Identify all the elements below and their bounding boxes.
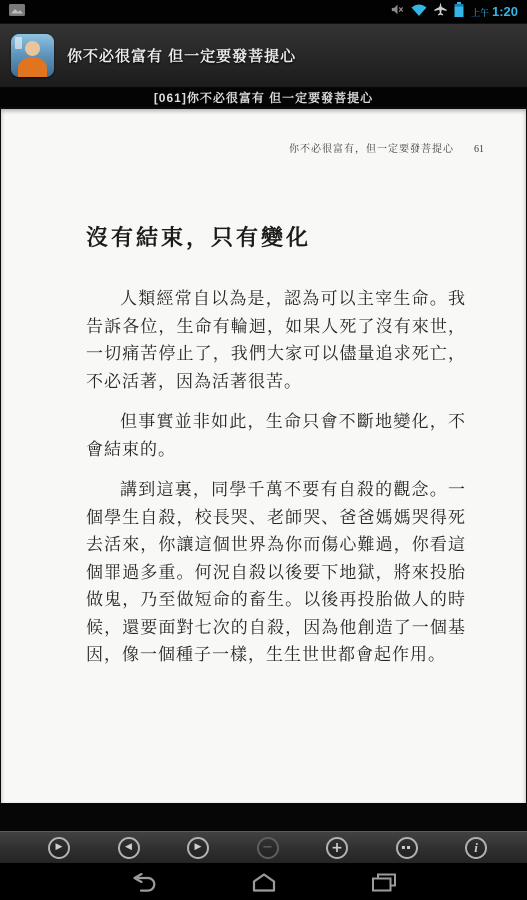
- back-icon: [129, 873, 159, 892]
- next-page-button[interactable]: ▶: [187, 837, 209, 859]
- picture-notification-icon: [9, 3, 25, 21]
- body-text: 人類經常自以為是，認為可以主宰生命。我告訴各位，生命有輪迴，如果人死了沒有來世，…: [86, 285, 466, 669]
- chapter-title: 沒有結束，只有變化: [86, 221, 526, 252]
- app-title: 你不必很富有 但一定要發菩提心: [67, 45, 296, 66]
- reader-toolbar: ▶ ◀ ▶ − + ▪▪ i: [0, 831, 527, 864]
- running-header-title: 你不必很富有，但一定要發菩提心: [289, 144, 454, 155]
- zoom-out-button[interactable]: −: [257, 837, 279, 859]
- monk-robe-decoration: [18, 57, 47, 77]
- info-button[interactable]: i: [465, 837, 487, 859]
- home-button[interactable]: [247, 872, 281, 892]
- clock-time: 1:20: [492, 4, 518, 19]
- paragraph-1: 人類經常自以為是，認為可以主宰生命。我告訴各位，生命有輪迴，如果人死了沒有來世，…: [86, 285, 466, 395]
- status-indicators: 上午1:20: [391, 2, 518, 22]
- app-icon-text-decoration: [15, 37, 22, 49]
- recents-button[interactable]: [367, 872, 401, 892]
- book-page[interactable]: 你不必很富有，但一定要發菩提心61 沒有結束，只有變化 人類經常自以為是，認為可…: [1, 109, 526, 803]
- two-dots-button[interactable]: ▪▪: [396, 837, 418, 859]
- paragraph-2: 但事實並非如此，生命只會不斷地變化，不會結束的。: [86, 408, 466, 463]
- app-icon[interactable]: [11, 34, 54, 77]
- paragraph-3: 講到這裏，同學千萬不要有自殺的觀念。一個學生自殺，校長哭、老師哭、爸爸媽媽哭得死…: [86, 476, 466, 669]
- chapter-subtitle: [061]你不必很富有 但一定要發菩提心: [154, 89, 373, 106]
- android-nav-bar: [0, 864, 527, 900]
- back-button[interactable]: [127, 872, 161, 892]
- clock-period: 上午: [471, 8, 489, 18]
- page-area: 你不必很富有，但一定要發菩提心61 沒有結束，只有變化 人類經常自以為是，認為可…: [0, 107, 527, 803]
- battery-icon: [454, 2, 464, 22]
- recents-icon: [369, 873, 399, 892]
- running-header: 你不必很富有，但一定要發菩提心61: [1, 140, 484, 155]
- monk-head-decoration: [25, 41, 40, 56]
- status-notifications: [9, 3, 25, 21]
- wifi-icon: [411, 3, 427, 21]
- volume-muted-icon: [391, 3, 404, 21]
- airplane-mode-icon: [434, 2, 447, 21]
- tablet-screen: 上午1:20 你不必很富有 但一定要發菩提心 [061]你不必很富有 但一定要發…: [0, 0, 527, 900]
- page-number: 61: [474, 144, 484, 155]
- play-button[interactable]: ▶: [48, 837, 70, 859]
- zoom-in-button[interactable]: +: [326, 837, 348, 859]
- prev-page-button[interactable]: ◀: [118, 837, 140, 859]
- action-bar: 你不必很富有 但一定要發菩提心: [0, 24, 527, 88]
- home-icon: [249, 873, 279, 892]
- status-bar: 上午1:20: [0, 0, 527, 24]
- clock: 上午1:20: [471, 4, 518, 19]
- page-bottom-gap: [0, 803, 527, 831]
- subtitle-bar: [061]你不必很富有 但一定要發菩提心: [0, 88, 527, 107]
